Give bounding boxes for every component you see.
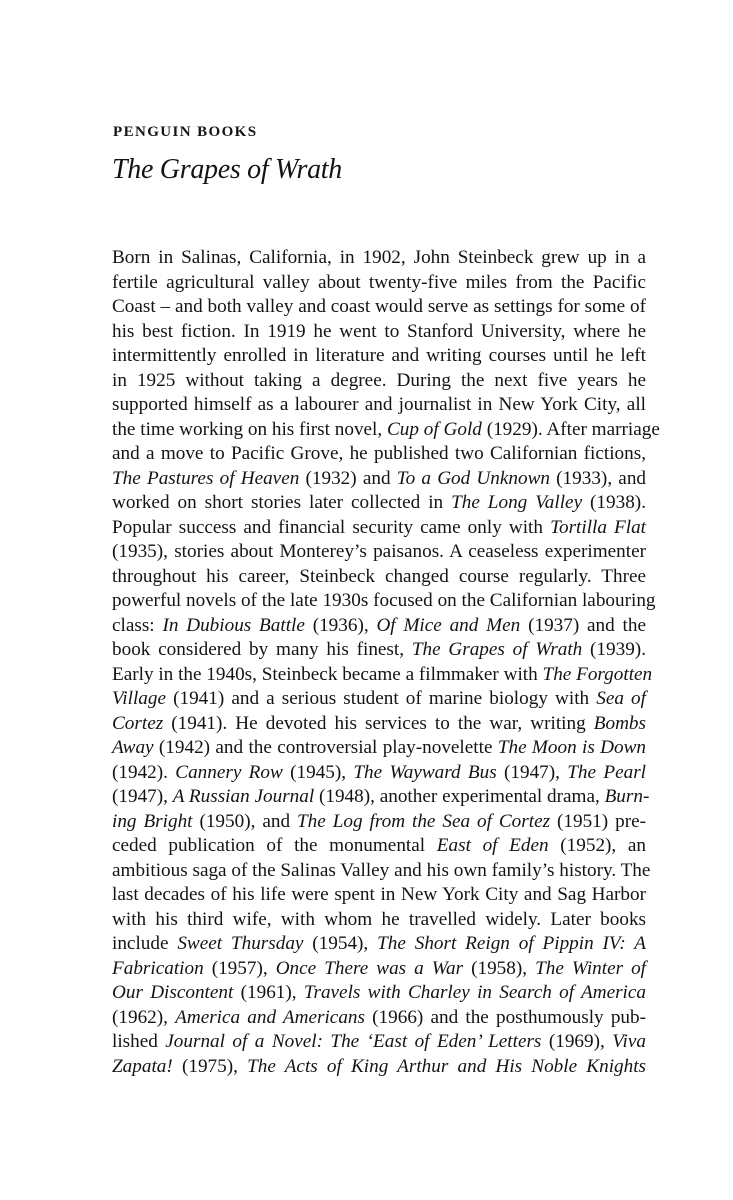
italic-title-text: To a God Unknown xyxy=(397,468,550,489)
body-text: throughout his career, Steinbeck changed… xyxy=(112,566,646,587)
bio-line: ing Bright (1950), and The Log from the … xyxy=(112,810,646,835)
bio-line: with his third wife, with whom he travel… xyxy=(112,908,646,933)
body-text: intermittently enrolled in literature an… xyxy=(112,345,646,366)
bio-line: Our Discontent (1961), Travels with Char… xyxy=(112,981,646,1006)
body-text: ambitious saga of the Salinas Valley and… xyxy=(112,860,650,881)
italic-title-text: The Short Reign of Pippin IV: A xyxy=(377,933,646,954)
italic-title-text: East of Eden xyxy=(437,835,549,856)
bio-line: throughout his career, Steinbeck changed… xyxy=(112,565,646,590)
bio-line: The Pastures of Heaven (1932) and To a G… xyxy=(112,467,646,492)
body-text: (1947), xyxy=(112,786,173,807)
body-text: and a move to Pacific Grove, he publishe… xyxy=(112,443,646,464)
bio-line: last decades of his life were spent in N… xyxy=(112,883,646,908)
italic-title-text: The Wayward Bus xyxy=(353,762,496,783)
bio-line: (1947), A Russian Journal (1948), anothe… xyxy=(112,785,646,810)
bio-line: worked on short stories later collected … xyxy=(112,491,646,516)
italic-title-text: A Russian Journal xyxy=(173,786,314,807)
bio-line: Coast – and both valley and coast would … xyxy=(112,295,646,320)
body-text: (1933), and xyxy=(550,468,646,489)
body-text: book considered by many his finest, xyxy=(112,639,412,660)
italic-title-text: Tortilla Flat xyxy=(550,517,646,538)
body-text: supported himself as a labourer and jour… xyxy=(112,394,646,415)
italic-title-text: Our Discontent xyxy=(112,982,233,1003)
body-text: (1945), xyxy=(283,762,354,783)
body-text: (1975), xyxy=(173,1056,247,1077)
italic-title-text: Travels with Charley in Search of Americ… xyxy=(304,982,646,1003)
bio-line: Cortez (1941). He devoted his services t… xyxy=(112,712,646,737)
author-biography: Born in Salinas, California, in 1902, Jo… xyxy=(112,246,646,1079)
italic-title-text: Village xyxy=(112,688,166,709)
body-text: (1961), xyxy=(233,982,304,1003)
italic-title-text: Fabrication xyxy=(112,958,204,979)
italic-title-text: Cortez xyxy=(112,713,163,734)
body-text: (1935), stories about Monterey’s paisano… xyxy=(112,541,646,562)
bio-line: Zapata! (1975), The Acts of King Arthur … xyxy=(112,1055,646,1080)
body-text: (1951) pre- xyxy=(550,811,646,832)
body-text: (1937) and the xyxy=(520,615,646,636)
bio-line: supported himself as a labourer and jour… xyxy=(112,393,646,418)
italic-title-text: Zapata! xyxy=(112,1056,173,1077)
body-text: (1962), xyxy=(112,1007,175,1028)
italic-title-text: Sea of xyxy=(596,688,646,709)
italic-title-text: Away xyxy=(112,737,154,758)
body-text: include xyxy=(112,933,177,954)
body-text: (1948), another experimental drama, xyxy=(314,786,604,807)
italic-title-text: America and Americans xyxy=(175,1007,365,1028)
body-text: (1932) and xyxy=(299,468,396,489)
body-text: Born in Salinas, California, in 1902, Jo… xyxy=(112,247,646,268)
italic-title-text: Sweet Thursday xyxy=(177,933,303,954)
body-text: worked on short stories later collected … xyxy=(112,492,451,513)
italic-title-text: The Pastures of Heaven xyxy=(112,468,299,489)
publisher-imprint: PENGUIN BOOKS xyxy=(113,124,257,141)
body-text: (1941) and a serious student of marine b… xyxy=(166,688,596,709)
body-text: (1969), xyxy=(541,1031,612,1052)
body-text: (1939). xyxy=(582,639,646,660)
bio-line: in 1925 without taking a degree. During … xyxy=(112,369,646,394)
body-text: (1952), an xyxy=(549,835,646,856)
bio-line: lished Journal of a Novel: The ‘East of … xyxy=(112,1030,646,1055)
bio-line: Popular success and financial security c… xyxy=(112,516,646,541)
bio-line: Born in Salinas, California, in 1902, Jo… xyxy=(112,246,646,271)
bio-line: Fabrication (1957), Once There was a War… xyxy=(112,957,646,982)
bio-line: ambitious saga of the Salinas Valley and… xyxy=(112,859,646,884)
body-text: in 1925 without taking a degree. During … xyxy=(112,370,646,391)
italic-title-text: ing Bright xyxy=(112,811,193,832)
body-text: (1938). xyxy=(582,492,646,513)
italic-title-text: Journal of a Novel: The ‘East of Eden’ L… xyxy=(165,1031,541,1052)
bio-line: powerful novels of the late 1930s focuse… xyxy=(112,589,646,614)
bio-line: include Sweet Thursday (1954), The Short… xyxy=(112,932,646,957)
italic-title-text: The Grapes of Wrath xyxy=(412,639,582,660)
body-text: powerful novels of the late 1930s focuse… xyxy=(112,590,656,611)
italic-title-text: In Dubious Battle xyxy=(162,615,304,636)
bio-line: Early in the 1940s, Steinbeck became a f… xyxy=(112,663,646,688)
italic-title-text: Viva xyxy=(612,1031,646,1052)
italic-title-text: Bombs xyxy=(594,713,646,734)
italic-title-text: The Log from the Sea of Cortez xyxy=(297,811,550,832)
body-text: with his third wife, with whom he travel… xyxy=(112,909,646,930)
bio-line: ceded publication of the monumental East… xyxy=(112,834,646,859)
italic-title-text: The Moon is Down xyxy=(498,737,646,758)
body-text: ceded publication of the monumental xyxy=(112,835,437,856)
body-text: last decades of his life were spent in N… xyxy=(112,884,646,905)
bio-line: and a move to Pacific Grove, he publishe… xyxy=(112,442,646,467)
body-text: class: xyxy=(112,615,162,636)
body-text: (1947), xyxy=(497,762,568,783)
body-text: (1957), xyxy=(204,958,276,979)
italic-title-text: The Acts of King Arthur and His Noble Kn… xyxy=(247,1056,646,1077)
body-text: fertile agricultural valley about twenty… xyxy=(112,272,646,293)
italic-title-text: The Winter of xyxy=(535,958,646,979)
italic-title-text: Cannery Row xyxy=(175,762,283,783)
body-text: (1942) and the controversial play-novele… xyxy=(154,737,498,758)
body-text: the time working on his first novel, xyxy=(112,419,387,440)
body-text: (1941). He devoted his services to the w… xyxy=(163,713,594,734)
bio-line: Away (1942) and the controversial play-n… xyxy=(112,736,646,761)
bio-line: book considered by many his finest, The … xyxy=(112,638,646,663)
body-text: (1954), xyxy=(303,933,377,954)
bio-line: (1962), America and Americans (1966) and… xyxy=(112,1006,646,1031)
body-text: (1942). xyxy=(112,762,175,783)
bio-line: (1935), stories about Monterey’s paisano… xyxy=(112,540,646,565)
body-text: (1966) and the posthumously pub- xyxy=(365,1007,646,1028)
book-title: The Grapes of Wrath xyxy=(112,154,342,186)
bio-line: Village (1941) and a serious student of … xyxy=(112,687,646,712)
italic-title-text: The Forgotten xyxy=(543,664,653,685)
body-text: (1950), and xyxy=(193,811,297,832)
bio-line: intermittently enrolled in literature an… xyxy=(112,344,646,369)
body-text: lished xyxy=(112,1031,165,1052)
bio-line: class: In Dubious Battle (1936), Of Mice… xyxy=(112,614,646,639)
body-text: (1936), xyxy=(305,615,377,636)
italic-title-text: Cup of Gold xyxy=(387,419,482,440)
italic-title-text: Of Mice and Men xyxy=(376,615,520,636)
body-text: (1958), xyxy=(463,958,535,979)
bio-line: fertile agricultural valley about twenty… xyxy=(112,271,646,296)
italic-title-text: Once There was a War xyxy=(276,958,463,979)
body-text: Early in the 1940s, Steinbeck became a f… xyxy=(112,664,543,685)
book-page: PENGUIN BOOKS The Grapes of Wrath Born i… xyxy=(0,0,733,1200)
body-text: his best fiction. In 1919 he went to Sta… xyxy=(112,321,646,342)
body-text: (1929). After marriage xyxy=(482,419,660,440)
bio-line: his best fiction. In 1919 he went to Sta… xyxy=(112,320,646,345)
italic-title-text: The Pearl xyxy=(567,762,646,783)
bio-line: the time working on his first novel, Cup… xyxy=(112,418,646,443)
italic-title-text: Burn- xyxy=(605,786,650,807)
body-text: Popular success and financial security c… xyxy=(112,517,550,538)
bio-line: (1942). Cannery Row (1945), The Wayward … xyxy=(112,761,646,786)
body-text: Coast – and both valley and coast would … xyxy=(112,296,646,317)
italic-title-text: The Long Valley xyxy=(451,492,582,513)
